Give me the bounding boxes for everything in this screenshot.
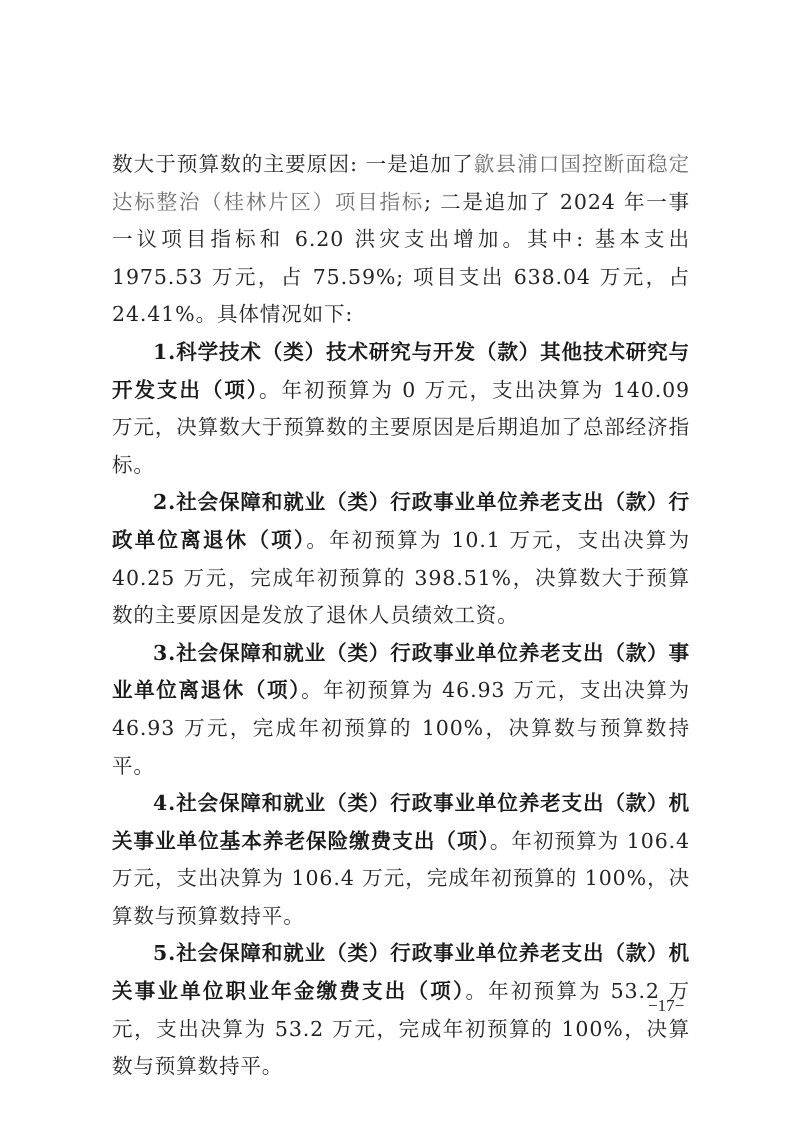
page-number: −17− xyxy=(648,996,684,1016)
document-body: 数大于预算数的主要原因: 一是追加了歙县浦口国控断面稳定达标整治（桂林片区）项目… xyxy=(112,146,690,1086)
item-paragraph-1: 1.科学技术（类）技术研究与开发（款）其他技术研究与开发支出（项）。年初预算为 … xyxy=(112,334,690,484)
item-paragraph-4: 4.社会保障和就业（类）行政事业单位养老支出（款）机关事业单位基本养老保险缴费支… xyxy=(112,785,690,935)
intro-paragraph: 数大于预算数的主要原因: 一是追加了歙县浦口国控断面稳定达标整治（桂林片区）项目… xyxy=(112,146,690,334)
document-page: 数大于预算数的主要原因: 一是追加了歙县浦口国控断面稳定达标整治（桂林片区）项目… xyxy=(0,0,793,1122)
item-paragraph-5: 5.社会保障和就业（类）行政事业单位养老支出（款）机关事业单位职业年金缴费支出（… xyxy=(112,935,690,1085)
item-paragraph-2: 2.社会保障和就业（类）行政事业单位养老支出（款）行政单位离退休（项）。年初预算… xyxy=(112,484,690,634)
item-paragraph-3: 3.社会保障和就业（类）行政事业单位养老支出（款）事业单位离退休（项）。年初预算… xyxy=(112,635,690,785)
intro-text-part1: 数大于预算数的主要原因: 一是追加了 xyxy=(112,152,474,176)
